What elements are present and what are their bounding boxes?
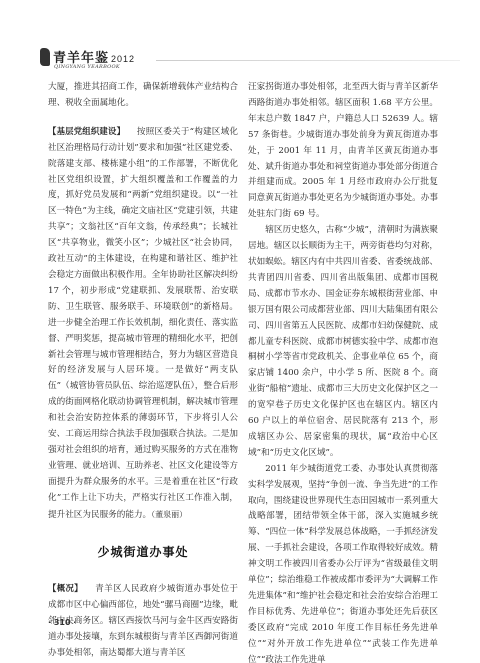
paragraph-intro: 大厦，推进其招商工作，确保新增载体产业结构合理、税收全面属地化。	[48, 80, 238, 112]
left-column: 大厦，推进其招商工作，确保新增载体产业结构合理、税收全面属地化。 【基层党组织建…	[48, 80, 238, 662]
paragraph-overview: 【概况】 青羊区人民政府少城街道办事处位于成都市区中心偏西部位，地处“骡马商圈”…	[48, 581, 238, 662]
logo-emblem-icon	[40, 48, 50, 66]
paragraph-history: 辖区历史悠久，古称“少城”，清朝时为满族聚居地。辖区以长顺街为主干，两旁街巷均匀…	[248, 223, 438, 462]
logo-subtitle: QINGYANG YEARBOOK	[54, 64, 120, 70]
paragraph-text: 青羊区人民政府少城街道办事处位于成都市区中心偏西部位，地处“骡马商圈”边缘，毗邻…	[48, 584, 238, 658]
paragraph-text: 按照区委关于“构建区域化社区治理格局行动计划”要求和加强“社区建党委、院落建支部…	[48, 127, 238, 520]
section-keyword: 【基层党组织建设】	[48, 126, 125, 136]
paragraph-party-building: 【基层党组织建设】 按照区委关于“构建区域化社区治理格局行动计划”要求和加强“社…	[48, 124, 238, 524]
section-keyword: 【概况】	[48, 583, 83, 593]
section-title: 少城街道办事处	[48, 545, 238, 561]
right-column: 汪家拐街道办事处相邻，北至西大街与青羊区新华西路街道办事处相邻。辖区面积 1.6…	[248, 80, 438, 663]
author-credit: （董泉丽）	[151, 510, 187, 519]
header-divider	[156, 60, 460, 61]
page-header: 青羊年鉴 2012 QINGYANG YEARBOOK	[40, 48, 460, 72]
paragraph-2011-work: 2011 年少城街道党工委、办事处认真贯彻落实科学发展观，坚持“争创一流、争当先…	[248, 462, 438, 663]
paragraph-overview-cont: 汪家拐街道办事处相邻，北至西大街与青羊区新华西路街道办事处相邻。辖区面积 1.6…	[248, 80, 438, 223]
page-number: · 310 ·	[48, 618, 76, 627]
